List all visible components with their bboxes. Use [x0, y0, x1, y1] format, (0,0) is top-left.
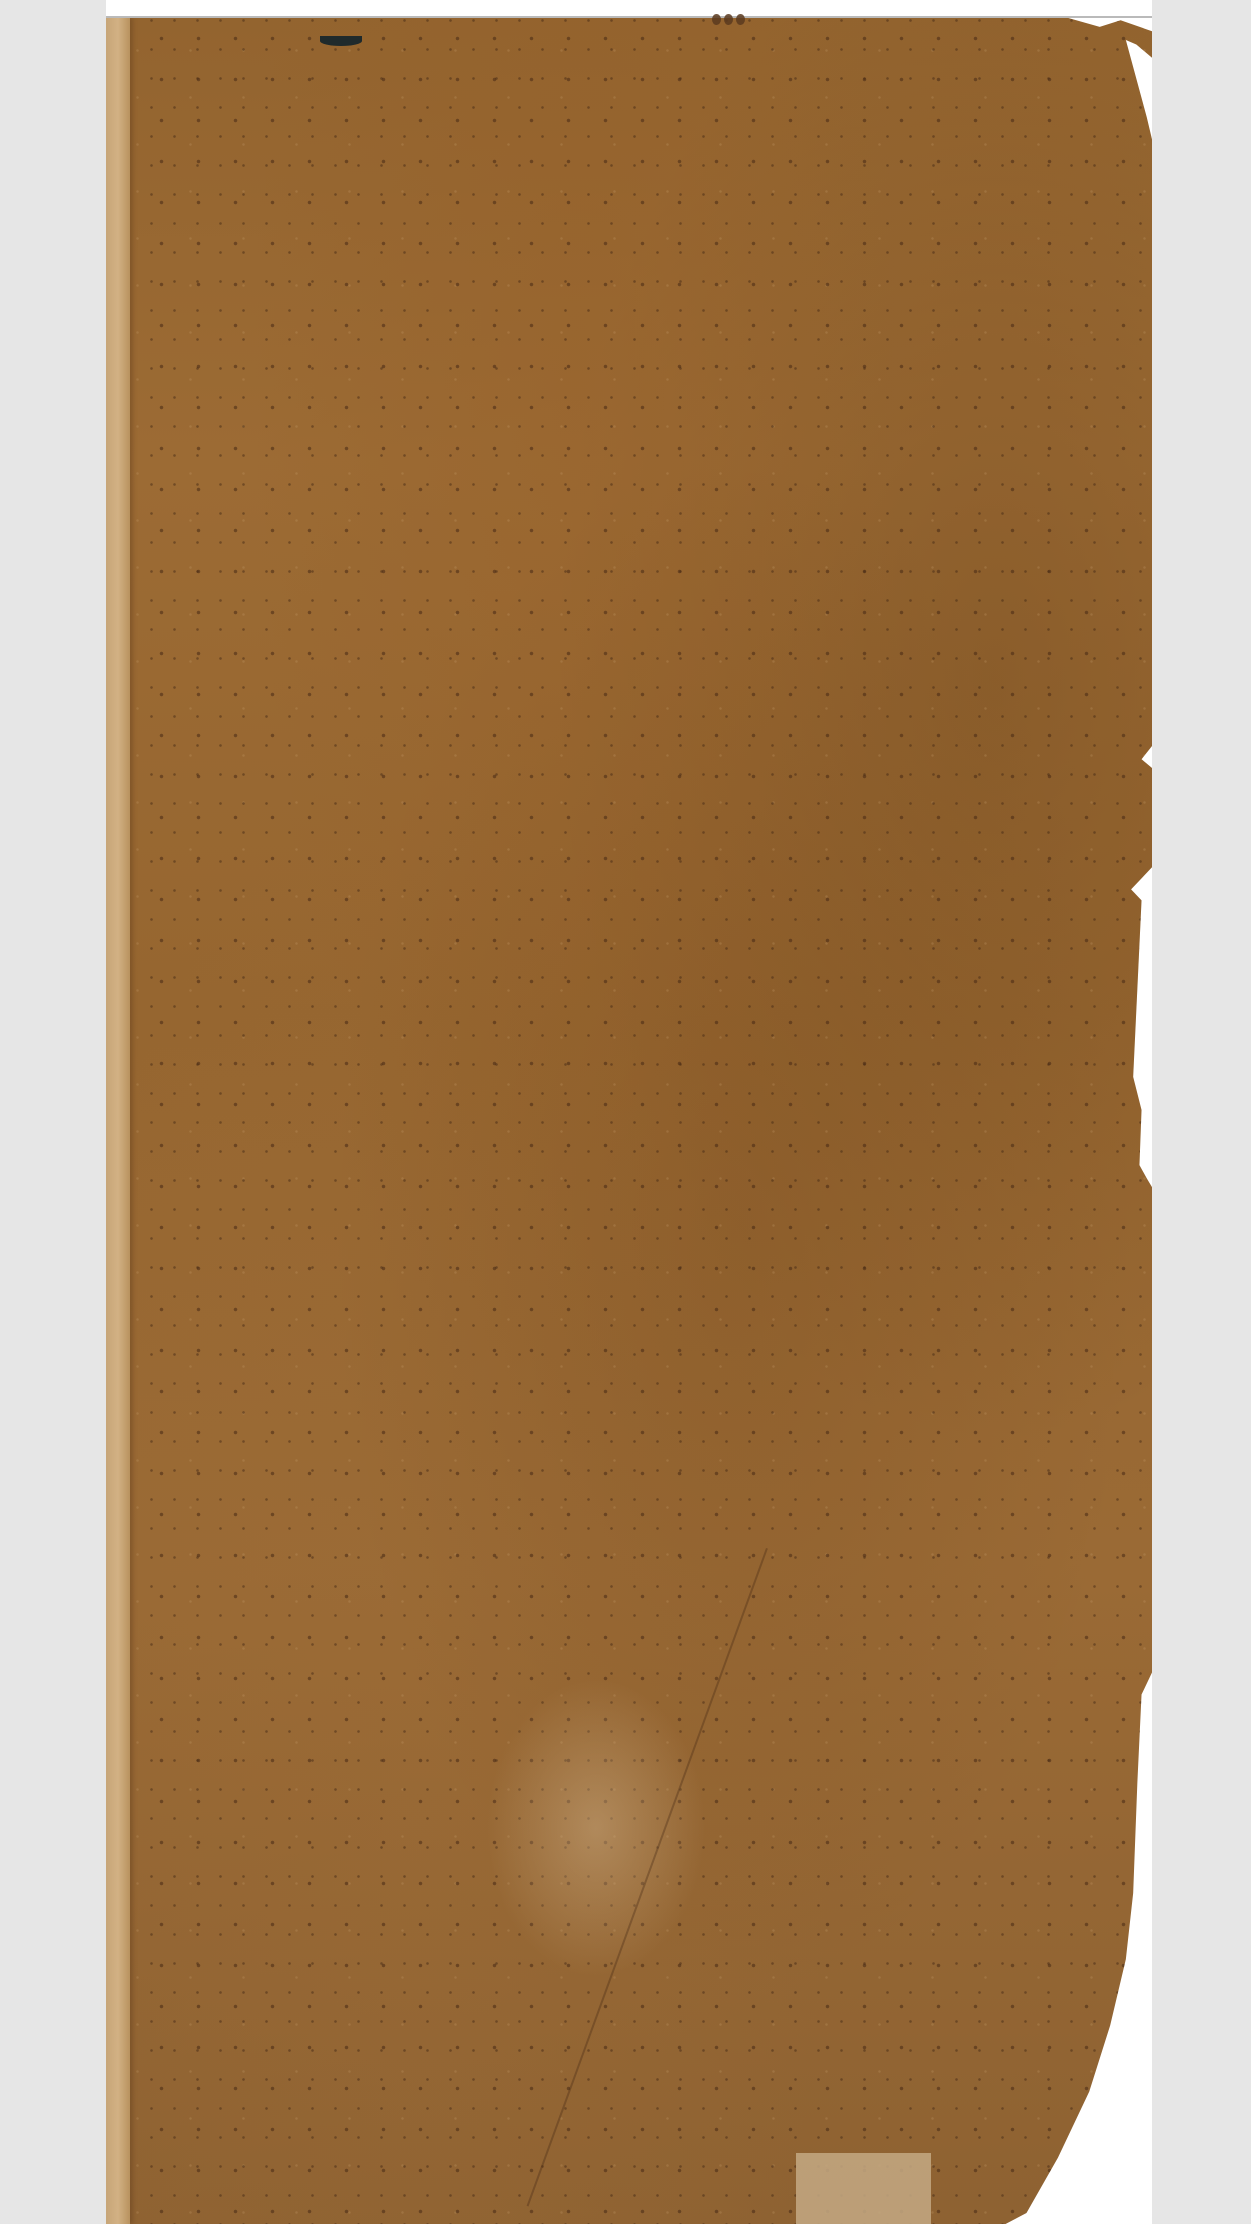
document-viewer [0, 0, 1251, 2224]
more-horizontal-icon [712, 14, 721, 25]
book-cover-scan [106, 18, 1152, 2224]
page-top-divider [106, 16, 1152, 18]
cover-stain [320, 36, 362, 46]
more-dot [724, 14, 733, 25]
document-page [106, 0, 1152, 2224]
worn-patch [486, 1678, 706, 1978]
faded-label-patch [796, 2153, 931, 2224]
more-dot [736, 14, 745, 25]
book-spine-edge [106, 18, 130, 2224]
more-options-button[interactable] [712, 14, 745, 25]
